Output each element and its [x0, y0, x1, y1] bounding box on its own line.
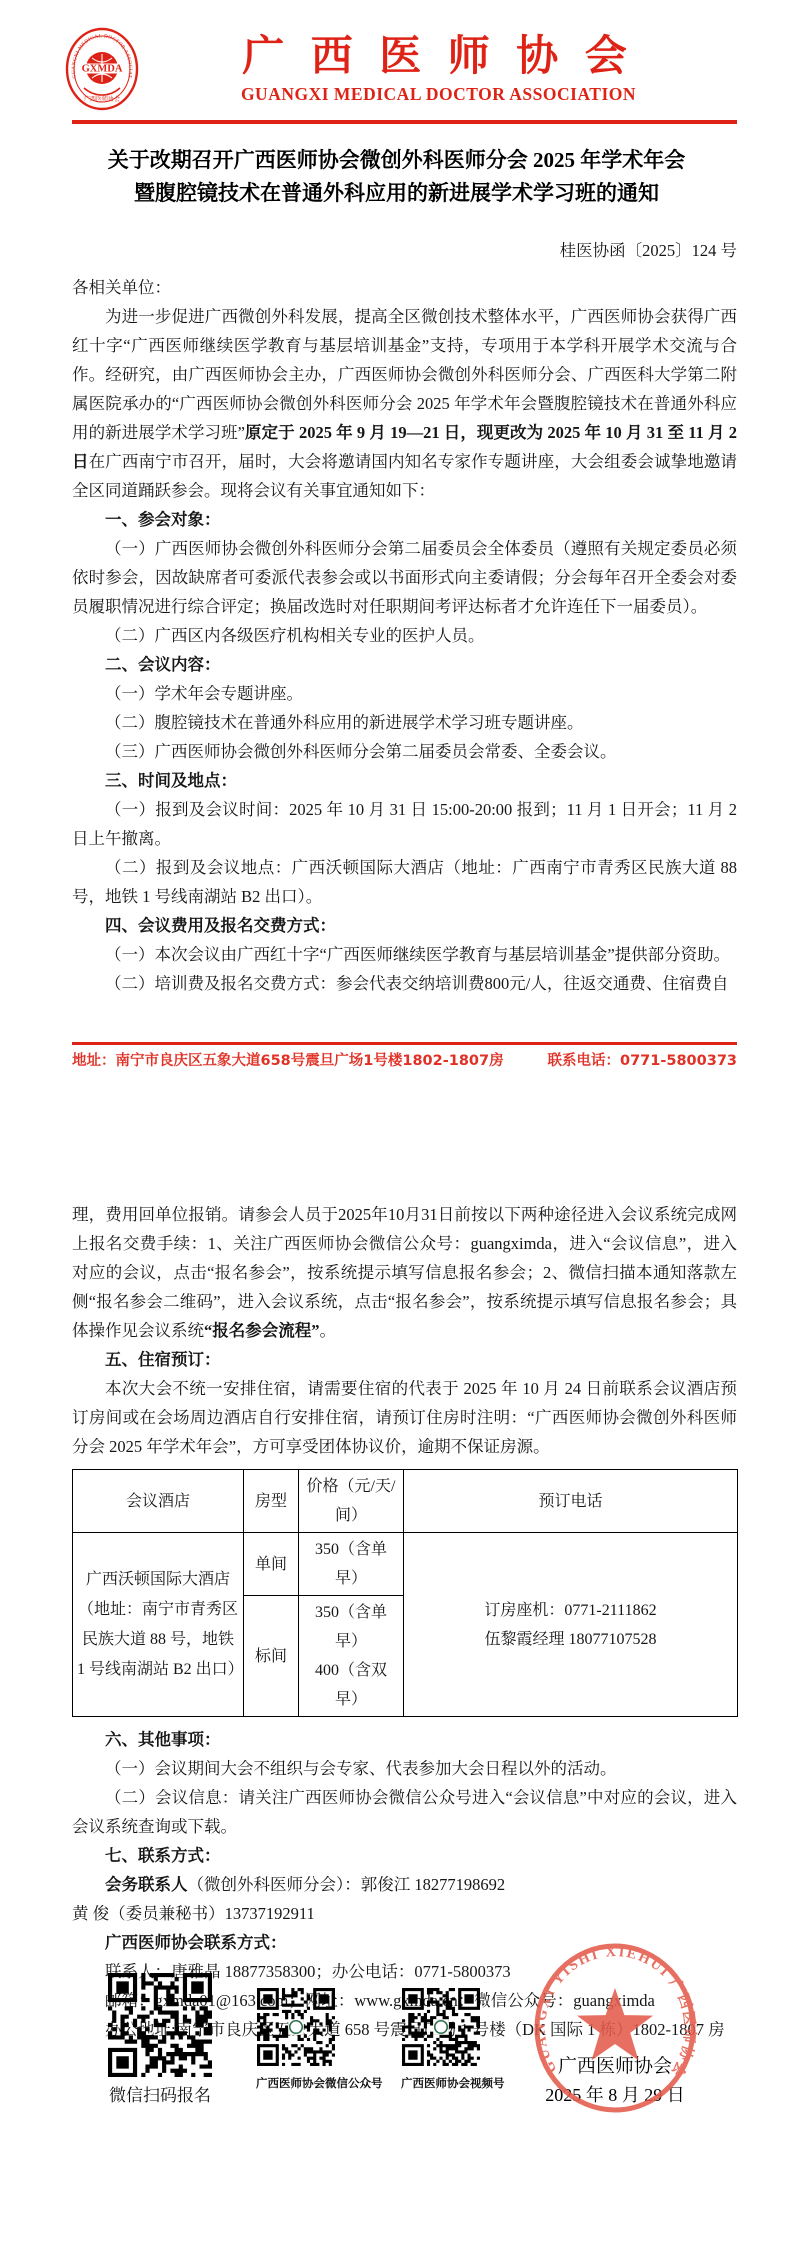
col-room-type: 房型: [244, 1470, 299, 1533]
video-channel-qr-icon: [402, 1988, 480, 2066]
letterhead-text: 广 西 医 师 协 会 GUANGXI MEDICAL DOCTOR ASSOC…: [140, 33, 737, 105]
section6-heading: 六、其他事项：: [72, 1725, 737, 1754]
section1-heading: 一、参会对象：: [72, 505, 737, 534]
room-single: 单间: [244, 1533, 299, 1596]
booking-phone-line2: 伍黎霞经理 18077107528: [408, 1625, 733, 1654]
price-standard-b: 400（含双早）: [303, 1656, 399, 1714]
hotel-table: 会议酒店 房型 价格（元/天/间） 预订电话 广西沃顿国际大酒店（地址：南宁市青…: [72, 1469, 738, 1717]
footer-address: 地址：南宁市良庆区五象大道658号震旦广场1号楼1802-1807房: [72, 1050, 504, 1072]
signup-qr-icon: [108, 1973, 212, 2077]
qr-signup-label: 微信扫码报名: [106, 2085, 214, 2107]
page1-body: 各相关单位： 为进一步促进广西微创外科发展，提高全区微创技术整体水平，广西医师协…: [72, 273, 737, 998]
association-logo-icon: GUANGXI MEDICAL DOCTOR ASSOCIATION GXMDA…: [64, 26, 140, 112]
price-standard-a: 350（含单早）: [303, 1598, 399, 1656]
section5-heading: 五、住宿预订：: [72, 1345, 737, 1374]
salutation: 各相关单位：: [72, 273, 737, 302]
col-hotel: 会议酒店: [73, 1470, 244, 1533]
title-emphasis: 改期: [150, 148, 192, 172]
section3-item1: （一）报到及会议时间：2025 年 10 月 31 日 15:00-20:00 …: [72, 795, 737, 853]
qr-wechat-official: 广西医师协会微信公众号: [256, 1988, 336, 2091]
section7-heading: 七、联系方式：: [72, 1841, 737, 1870]
section5-paragraph: 本次大会不统一安排住宿，请需要住宿的代表于 2025 年 10 月 24 日前联…: [72, 1374, 737, 1461]
section4-item2: （二）培训费及报名交费方式：参会代表交纳培训费800元/人，往返交通费、住宿费自: [72, 969, 737, 998]
hotel-row-single: 广西沃顿国际大酒店（地址：南宁市青秀区民族大道 88 号，地铁 1 号线南湖站 …: [73, 1533, 738, 1596]
section3-heading: 三、时间及地点：: [72, 766, 737, 795]
qr-signup: 微信扫码报名: [106, 1973, 214, 2107]
title-line-2: 暨腹腔镜技术在普通外科应用的新进展学术学习班的通知: [0, 177, 793, 210]
document-number: 桂医协函〔2025〕124 号: [72, 236, 737, 265]
section2-item1: （一）学术年会专题讲座。: [72, 679, 737, 708]
wechat-official-qr-icon: [257, 1988, 335, 2066]
footer-divider: [72, 1042, 737, 1045]
page2-body: 理，费用回单位报销。请参会人员于2025年10月31日前按以下两种途径进入会议系…: [72, 1200, 737, 2044]
section3-item2: （二）报到及会议地点：广西沃顿国际大酒店（地址：广西南宁市青秀区民族大道 88 …: [72, 853, 737, 911]
letterhead: GUANGXI MEDICAL DOCTOR ASSOCIATION GXMDA…: [0, 0, 793, 112]
footer-phone: 联系电话：0771-5800373: [548, 1050, 738, 1072]
qr-video-label: 广西医师协会视频号: [401, 2075, 481, 2091]
section1-item1: （一）广西医师协会微创外科医师分会第二届委员会全体委员（遵照有关规定委员必须依时…: [72, 534, 737, 621]
col-price: 价格（元/天/间）: [299, 1470, 404, 1533]
page1-footer: 地址：南宁市良庆区五象大道658号震旦广场1号楼1802-1807房 联系电话：…: [0, 1042, 793, 1072]
page-1: GUANGXI MEDICAL DOCTOR ASSOCIATION GXMDA…: [0, 0, 793, 1160]
qr-wechat-label: 广西医师协会微信公众号: [256, 2075, 336, 2091]
conference-contact: 会务联系人（微创外科医师分会）：郭俊江 18277198692: [72, 1870, 737, 1899]
logo-bottom-text: 广西医师协会: [84, 95, 120, 103]
section4-item1: （一）本次会议由广西红十字“广西医师继续医学教育与基层培训基金”提供部分资助。: [72, 940, 737, 969]
qr-video-channel: 广西医师协会视频号: [401, 1988, 481, 2091]
booking-phone-line1: 订房座机：0771-2111862: [408, 1596, 733, 1625]
page-2: 理，费用回单位报销。请参会人员于2025年10月31日前按以下两种途径进入会议系…: [0, 1160, 793, 2244]
hotel-table-header-row: 会议酒店 房型 价格（元/天/间） 预订电话: [73, 1470, 738, 1533]
price-standard: 350（含单早） 400（含双早）: [299, 1596, 404, 1717]
logo-abbr: GXMDA: [82, 64, 123, 75]
signup-flow-bold: “报名参会流程”: [204, 1321, 320, 1340]
header-divider: [72, 120, 737, 124]
room-standard: 标间: [244, 1596, 299, 1717]
title-line-1: 关于改期召开广西医师协会微创外科医师分会 2025 年学术年会: [0, 144, 793, 177]
section1-item2: （二）广西区内各级医疗机构相关专业的医护人员。: [72, 621, 737, 650]
price-single: 350（含单早）: [299, 1533, 404, 1596]
col-booking-phone: 预订电话: [404, 1470, 738, 1533]
org-name-cn: 广 西 医 师 协 会: [140, 33, 737, 81]
notice-document: GUANGXI MEDICAL DOCTOR ASSOCIATION GXMDA…: [0, 0, 793, 2244]
section6-item1: （一）会议期间大会不组织与会专家、代表参加大会日程以外的活动。: [72, 1754, 737, 1783]
org-name-en: GUANGXI MEDICAL DOCTOR ASSOCIATION: [140, 83, 737, 105]
section4-heading: 四、会议费用及报名交费方式：: [72, 911, 737, 940]
section2-item3: （三）广西医师协会微创外科医师分会第二届委员会常委、全委会议。: [72, 737, 737, 766]
conference-contact-2: 黄 俊（委员兼秘书）13737192911: [72, 1899, 737, 1928]
intro-paragraph: 为进一步促进广西微创外科发展，提高全区微创技术整体水平，广西医师协会获得广西红十…: [72, 302, 737, 505]
section2-item2: （二）腹腔镜技术在普通外科应用的新进展学术学习班专题讲座。: [72, 708, 737, 737]
payment-continuation: 理，费用回单位报销。请参会人员于2025年10月31日前按以下两种途径进入会议系…: [72, 1200, 737, 1345]
hotel-name-cell: 广西沃顿国际大酒店（地址：南宁市青秀区民族大道 88 号，地铁 1 号线南湖站 …: [73, 1533, 244, 1717]
booking-phone-cell: 订房座机：0771-2111862 伍黎霞经理 18077107528: [404, 1533, 738, 1717]
section2-heading: 二、会议内容：: [72, 650, 737, 679]
official-seal-icon: GUANGXI YISHI XIEHUI 广西医师协会: [530, 1941, 700, 2115]
section6-item2: （二）会议信息：请关注广西医师协会微信公众号进入“会议信息”中对应的会议，进入会…: [72, 1783, 737, 1841]
notice-title: 关于改期召开广西医师协会微创外科医师分会 2025 年学术年会 暨腹腔镜技术在普…: [0, 144, 793, 210]
